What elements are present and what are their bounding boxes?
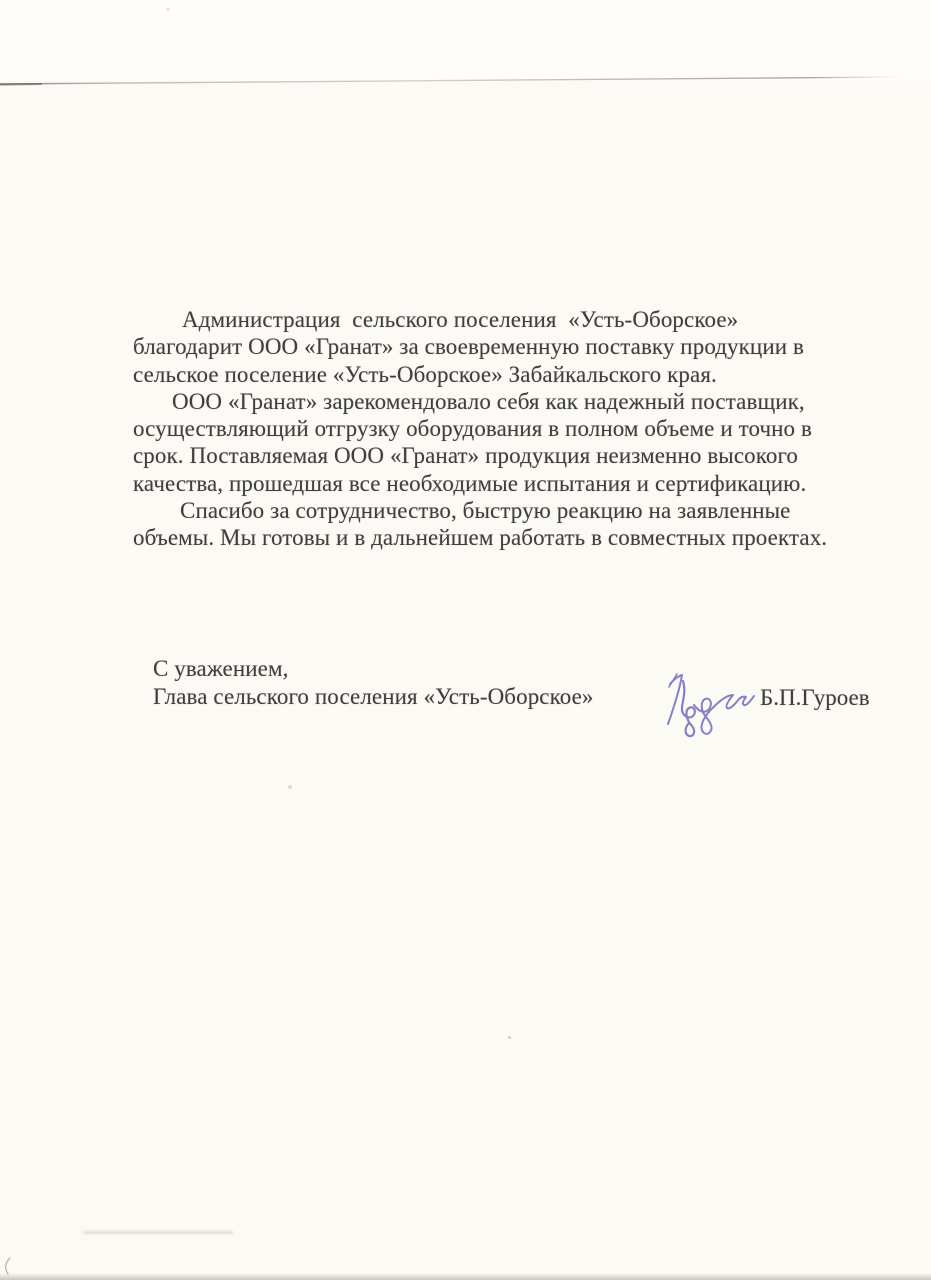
- signer-title: Глава сельского поселения «Усть-Оборское…: [153, 683, 594, 711]
- scan-bottom-edge: [0, 1273, 931, 1280]
- letter-line: сельское поселение «Усть-Оборское» Забай…: [133, 361, 923, 388]
- letter-line: осуществляющий отгрузку оборудования в п…: [133, 415, 923, 442]
- letter-line: ООО «Гранат» зарекомендовало себя как на…: [133, 388, 923, 415]
- paragraph-2: ООО «Гранат» зарекомендовало себя как на…: [133, 388, 923, 497]
- letter-line: объемы. Мы готовы и в дальнейшем работат…: [133, 524, 923, 551]
- scan-speck: [166, 8, 170, 11]
- letter-body: Администрация сельского поселения «Усть-…: [133, 306, 923, 552]
- signer-name: Б.П.Гуроев: [760, 684, 870, 712]
- letter-line: Администрация сельского поселения «Усть-…: [133, 306, 923, 333]
- scan-edge-artifact: [0, 0, 931, 95]
- closing-block: С уважением, Глава сельского поселения «…: [153, 655, 594, 711]
- scan-speck: [508, 1036, 511, 1039]
- scan-smudge: [83, 1231, 233, 1234]
- letter-line: благодарит ООО «Гранат» за своевременную…: [133, 333, 923, 360]
- scan-speck: [288, 785, 292, 789]
- letter-line: срок. Поставляемая ООО «Гранат» продукци…: [133, 442, 923, 469]
- closing-salutation: С уважением,: [153, 655, 594, 683]
- letter-line: Спасибо за сотрудничество, быструю реакц…: [133, 497, 923, 524]
- letter-line: качества, прошедшая все необходимые испы…: [133, 470, 923, 497]
- paragraph-1: Администрация сельского поселения «Усть-…: [133, 306, 923, 388]
- paragraph-3: Спасибо за сотрудничество, быструю реакц…: [133, 497, 923, 552]
- handwritten-signature: [650, 668, 765, 738]
- scanned-letter-page: Администрация сельского поселения «Усть-…: [0, 0, 931, 1280]
